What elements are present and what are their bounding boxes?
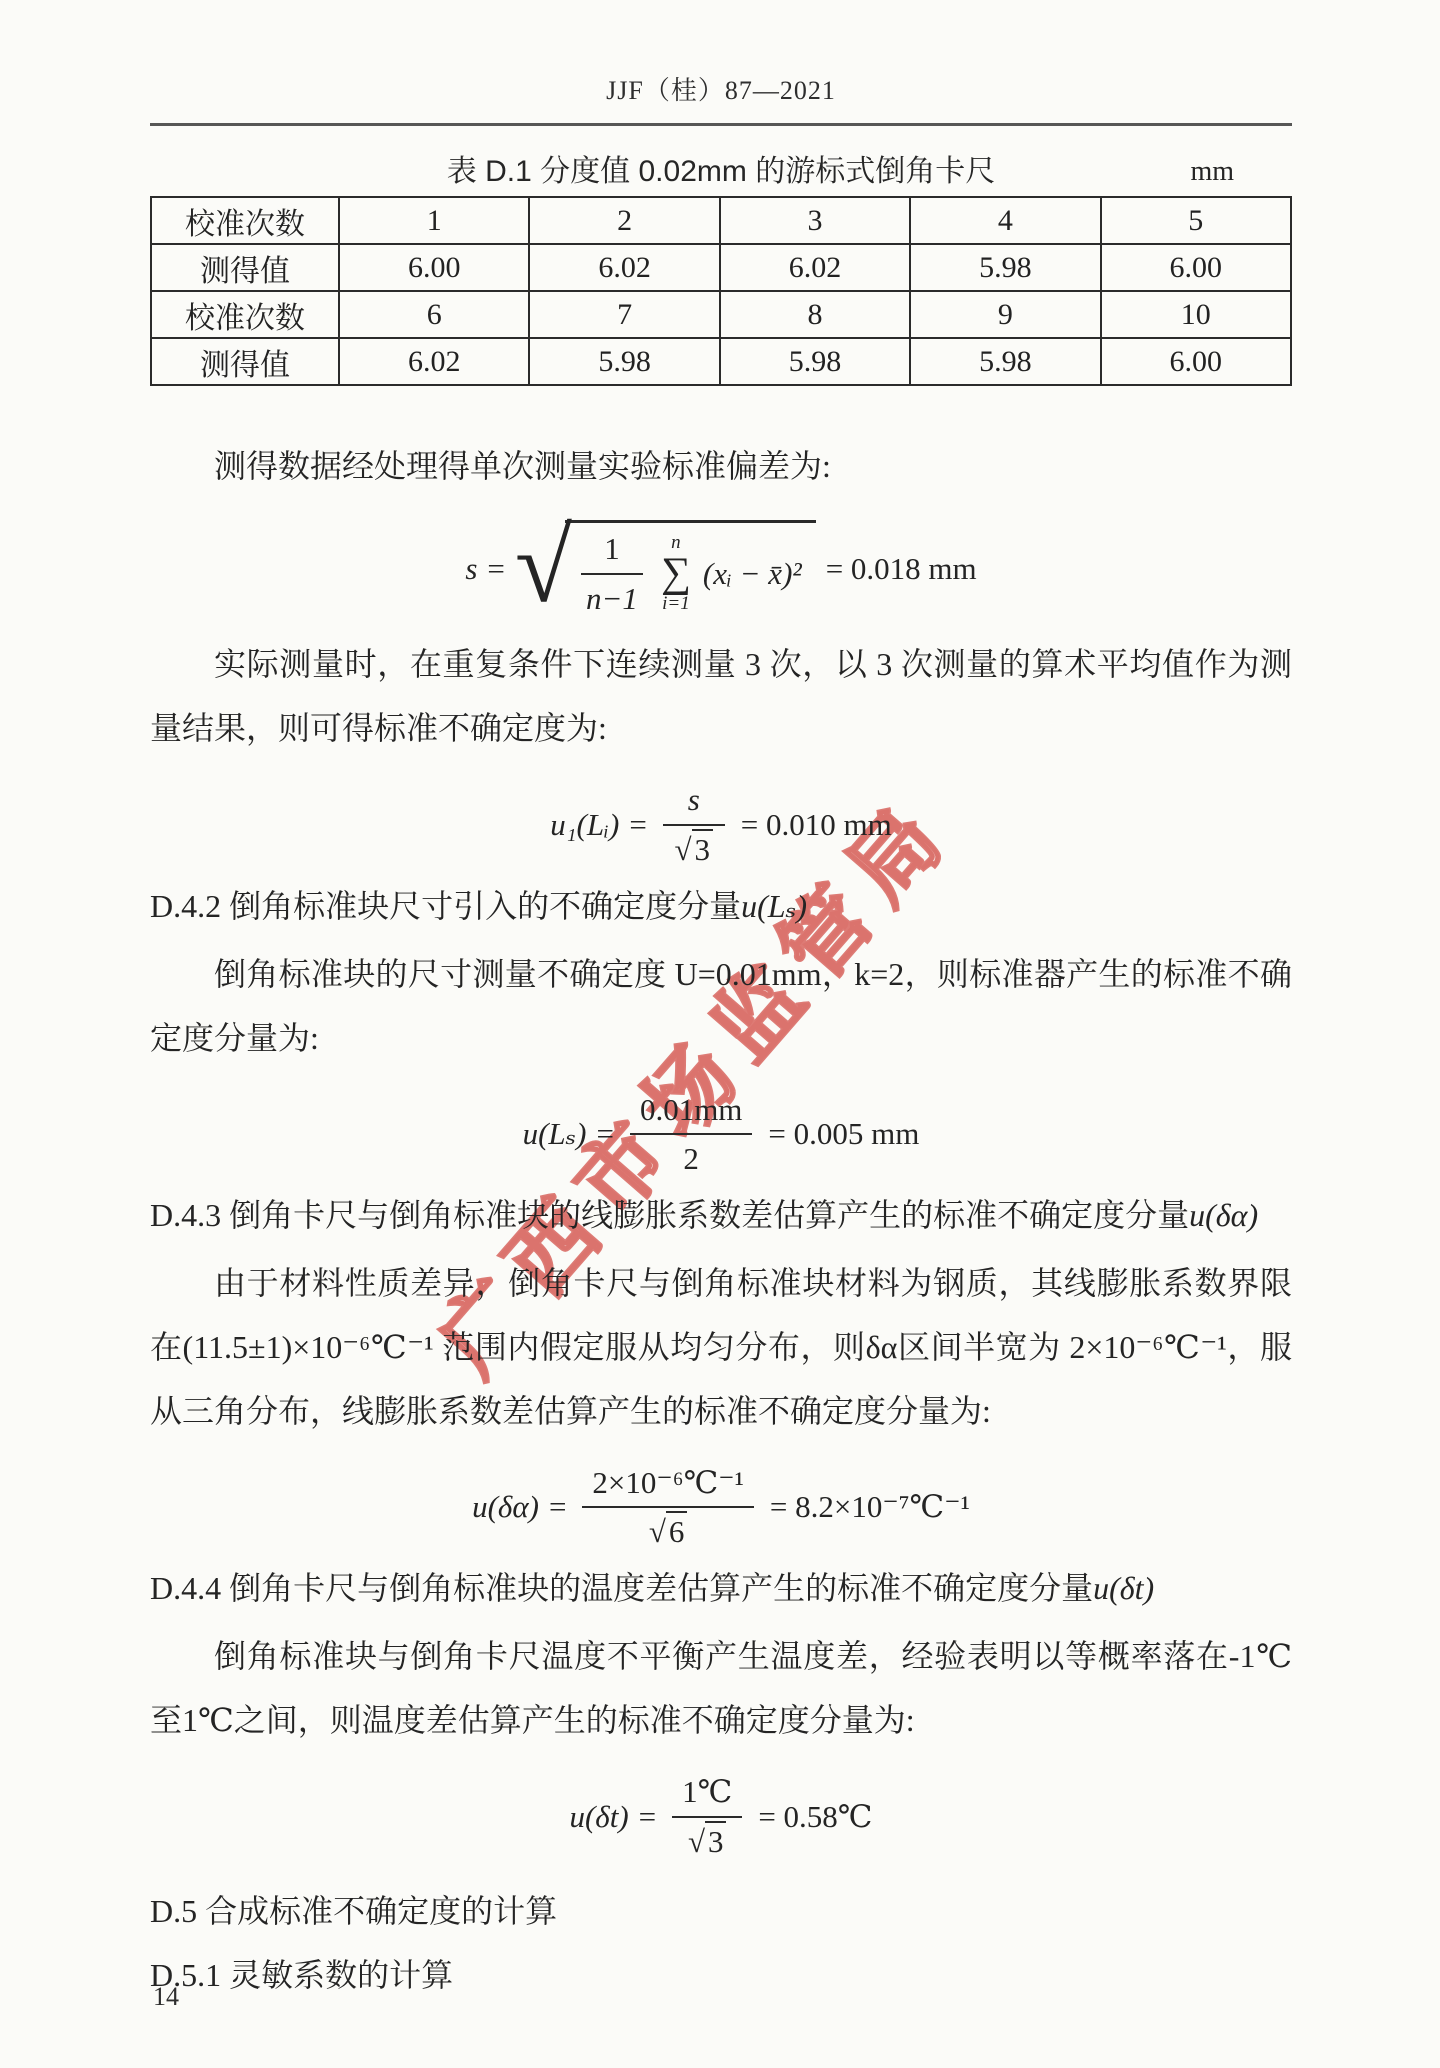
heading-text: D.4.4 倒角卡尺与倒角标准块的温度差估算产生的标准不确定度分量 bbox=[150, 1570, 1093, 1606]
formula-lhs: u₁(Lᵢ) bbox=[550, 807, 619, 843]
radical-group: √ 1 n−1 n ∑ i=1 (xᵢ − x̄)² bbox=[515, 520, 816, 618]
page-number: 14 bbox=[153, 1982, 179, 2012]
table-row: 校准次数 1 2 3 4 5 bbox=[151, 197, 1291, 244]
calibration-data-table: 校准次数 1 2 3 4 5 测得值 6.00 6.02 6.02 5.98 6… bbox=[150, 196, 1292, 386]
fraction-denominator: √6 bbox=[649, 1508, 688, 1550]
fraction: 0.01mm 2 bbox=[630, 1092, 752, 1177]
formula-result: = 0.010 mm bbox=[741, 807, 892, 843]
radicand: 6 bbox=[666, 1511, 688, 1549]
equals-sign: = bbox=[596, 1116, 613, 1152]
fraction-numerator: 1℃ bbox=[672, 1774, 742, 1818]
table-cell: 2 bbox=[529, 197, 719, 244]
fraction-denominator: 2 bbox=[683, 1135, 699, 1177]
heading-variable: u(Lₛ) bbox=[741, 888, 807, 924]
document-page: 广西市场监管局 JJF（桂）87—2021 表 D.1 分度值 0.02mm 的… bbox=[0, 0, 1440, 2068]
table-cell: 6.02 bbox=[720, 244, 910, 291]
table-cell: 1 bbox=[339, 197, 529, 244]
formula-result: = 0.58℃ bbox=[758, 1799, 872, 1835]
formula-lhs: s bbox=[465, 551, 477, 587]
formula-u-Ls: u(Lₛ) = 0.01mm 2 = 0.005 mm bbox=[150, 1092, 1292, 1177]
fraction-denominator: √3 bbox=[675, 826, 714, 868]
fraction-numerator: 2×10⁻⁶℃⁻¹ bbox=[582, 1465, 754, 1509]
summation-sign: ∑ bbox=[661, 554, 691, 594]
equals-sign: = bbox=[487, 551, 504, 587]
page-content: JJF（桂）87—2021 表 D.1 分度值 0.02mm 的游标式倒角卡尺 … bbox=[150, 0, 1292, 1997]
heading-d42: D.4.2 倒角标准块尺寸引入的不确定度分量u(Lₛ) bbox=[150, 884, 1292, 928]
table-cell: 5.98 bbox=[529, 338, 719, 385]
fraction: 1 n−1 bbox=[581, 531, 643, 616]
summand-expression: (xᵢ − x̄)² bbox=[703, 556, 802, 592]
table-cell: 6.02 bbox=[529, 244, 719, 291]
heading-d43: D.4.3 倒角卡尺与倒角标准块的线膨胀系数差估算产生的标准不确定度分量u(δα… bbox=[150, 1193, 1292, 1237]
table-cell: 6.00 bbox=[1101, 338, 1291, 385]
heading-text: D.4.3 倒角卡尺与倒角标准块的线膨胀系数差估算产生的标准不确定度分量 bbox=[150, 1197, 1189, 1233]
formula-lhs: u(Lₛ) bbox=[523, 1116, 587, 1152]
fraction-numerator: s bbox=[663, 782, 725, 826]
table-cell: 校准次数 bbox=[151, 197, 339, 244]
formula-u-delta-alpha: u(δα) = 2×10⁻⁶℃⁻¹ √6 = 8.2×10⁻⁷℃⁻¹ bbox=[150, 1465, 1292, 1550]
fraction: 2×10⁻⁶℃⁻¹ √6 bbox=[582, 1465, 754, 1550]
table-cell: 测得值 bbox=[151, 244, 339, 291]
table-cell: 7 bbox=[529, 291, 719, 338]
formula-u1-Li: u₁(Lᵢ) = s √3 = 0.010 mm bbox=[150, 782, 1292, 867]
fraction-numerator: 0.01mm bbox=[630, 1092, 752, 1136]
heading-text: D.4.2 倒角标准块尺寸引入的不确定度分量 bbox=[150, 888, 741, 924]
table-cell: 5.98 bbox=[910, 244, 1100, 291]
formula-result: = 0.005 mm bbox=[768, 1116, 919, 1152]
table-cell: 6 bbox=[339, 291, 529, 338]
table-cell: 3 bbox=[720, 197, 910, 244]
table-row: 测得值 6.00 6.02 6.02 5.98 6.00 bbox=[151, 244, 1291, 291]
table-cell: 校准次数 bbox=[151, 291, 339, 338]
table-cell: 6.00 bbox=[339, 244, 529, 291]
heading-variable: u(δα) bbox=[1189, 1197, 1258, 1233]
radical-sign: √ bbox=[649, 1514, 666, 1549]
formula-lhs: u(δt) bbox=[569, 1799, 628, 1835]
table-cell: 5.98 bbox=[910, 338, 1100, 385]
fraction-numerator: 1 bbox=[581, 531, 643, 575]
paragraph-d42: 倒角标准块的尺寸测量不确定度 U=0.01mm，k=2，则标准器产生的标准不确定… bbox=[150, 942, 1292, 1070]
formula-result: = 0.018 mm bbox=[826, 551, 977, 587]
equals-sign: = bbox=[549, 1489, 566, 1525]
document-code: JJF（桂）87—2021 bbox=[606, 76, 836, 105]
heading-d44: D.4.4 倒角卡尺与倒角标准块的温度差估算产生的标准不确定度分量u(δt) bbox=[150, 1566, 1292, 1610]
heading-d5: D.5 合成标准不确定度的计算 bbox=[150, 1889, 1292, 1933]
paragraph-repeat-measurement: 实际测量时，在重复条件下连续测量 3 次，以 3 次测量的算术平均值作为测量结果… bbox=[150, 632, 1292, 760]
formula-std-dev: s = √ 1 n−1 n ∑ i=1 (xᵢ − x̄)² = 0 bbox=[150, 520, 1292, 618]
table-row: 校准次数 6 7 8 9 10 bbox=[151, 291, 1291, 338]
fraction-denominator: √3 bbox=[688, 1818, 727, 1860]
paragraph-d44: 倒角标准块与倒角卡尺温度不平衡产生温度差，经验表明以等概率落在-1℃至1℃之间，… bbox=[150, 1624, 1292, 1752]
paragraph-std-dev-intro: 测得数据经处理得单次测量实验标准偏差为: bbox=[150, 434, 1292, 498]
equals-sign: = bbox=[639, 1799, 656, 1835]
heading-variable: u(δt) bbox=[1093, 1570, 1154, 1606]
table-cell: 6.02 bbox=[339, 338, 529, 385]
radicand: 3 bbox=[705, 1821, 727, 1859]
table-cell: 5.98 bbox=[720, 338, 910, 385]
fraction: 1℃ √3 bbox=[672, 1774, 742, 1859]
header-rule bbox=[150, 123, 1292, 126]
table-cell: 测得值 bbox=[151, 338, 339, 385]
fraction-denominator: n−1 bbox=[586, 575, 638, 617]
table-unit-label: mm bbox=[1190, 150, 1234, 194]
paragraph-d43: 由于材料性质差异，倒角卡尺与倒角标准块材料为钢质，其线膨胀系数界限在(11.5±… bbox=[150, 1251, 1292, 1443]
summation: n ∑ i=1 bbox=[661, 533, 691, 615]
radical-sign: √ bbox=[688, 1824, 705, 1859]
table-cell: 6.00 bbox=[1101, 244, 1291, 291]
radical-sign: √ bbox=[675, 832, 692, 867]
formula-lhs: u(δα) bbox=[472, 1489, 539, 1525]
table-row: 测得值 6.02 5.98 5.98 5.98 6.00 bbox=[151, 338, 1291, 385]
heading-d51: D.5.1 灵敏系数的计算 bbox=[150, 1953, 1292, 1997]
table-cell: 9 bbox=[910, 291, 1100, 338]
equals-sign: = bbox=[629, 807, 646, 843]
formula-u-delta-t: u(δt) = 1℃ √3 = 0.58℃ bbox=[150, 1774, 1292, 1859]
table-cell: 4 bbox=[910, 197, 1100, 244]
table-cell: 5 bbox=[1101, 197, 1291, 244]
table-cell: 8 bbox=[720, 291, 910, 338]
radical-sign: √ bbox=[515, 519, 572, 615]
table-title-row: 表 D.1 分度值 0.02mm 的游标式倒角卡尺 mm bbox=[150, 150, 1292, 194]
fraction: s √3 bbox=[663, 782, 725, 867]
table-title: 表 D.1 分度值 0.02mm 的游标式倒角卡尺 bbox=[150, 150, 1292, 194]
page-header: JJF（桂）87—2021 bbox=[150, 0, 1292, 107]
radicand: 3 bbox=[692, 829, 714, 867]
radicand: 1 n−1 n ∑ i=1 (xᵢ − x̄)² bbox=[565, 520, 816, 618]
summation-lower-limit: i=1 bbox=[662, 594, 690, 615]
formula-result: = 8.2×10⁻⁷℃⁻¹ bbox=[770, 1489, 970, 1525]
table-cell: 10 bbox=[1101, 291, 1291, 338]
